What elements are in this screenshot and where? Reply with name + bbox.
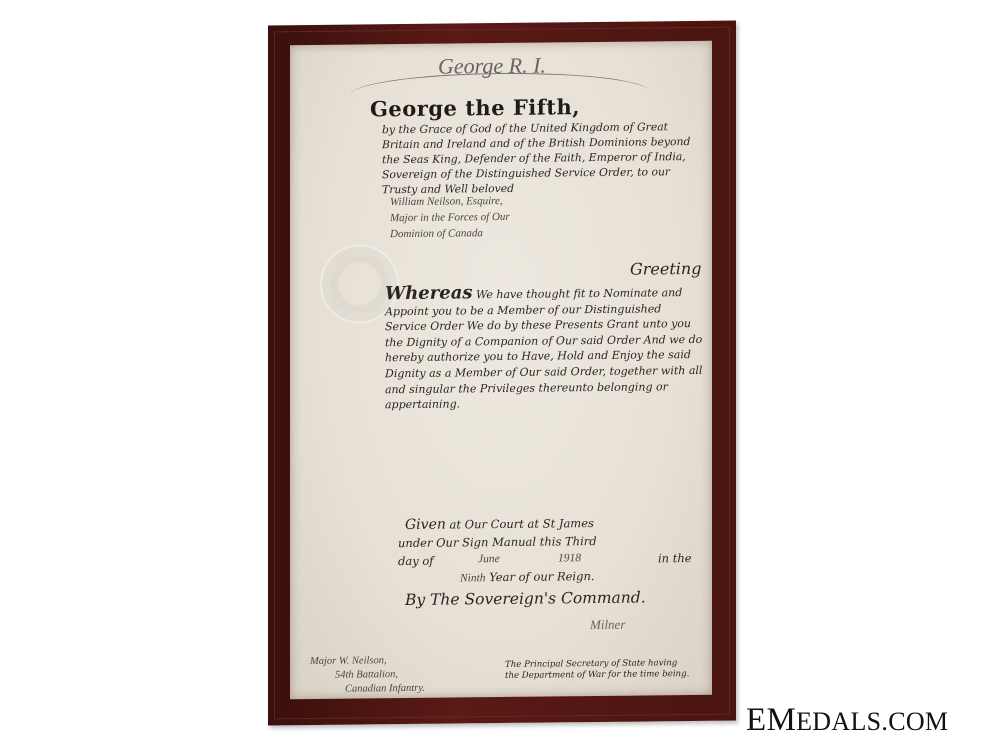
annotation-block: Major W. Neilson, 54th Battalion, Canadi… [310, 653, 500, 697]
recipient-block: William Neilson, Esquire, Major in the F… [390, 191, 690, 242]
greeting: Greeting [630, 259, 701, 279]
reign-line: Ninth Year of our Reign. [460, 569, 595, 584]
given-text: at Our Court at St James [450, 516, 594, 532]
date-line: day of June 1918 in the [398, 551, 708, 554]
whereas-paragraph: Whereas We have thought fit to Nominate … [385, 283, 705, 413]
given-line: Given at Our Court at St James [405, 515, 594, 533]
reign-text: Year of our Reign. [489, 569, 594, 584]
watermark-rest: EDALS [796, 707, 881, 736]
whereas-word: Whereas [385, 282, 473, 304]
watermark-suffix: .COM [881, 707, 948, 736]
in-the: in the [658, 551, 692, 565]
day-label: day of [398, 554, 434, 568]
given-word: Given [405, 517, 446, 533]
document-title: George the Fifth, [370, 94, 580, 121]
warrant-document: George R. I. George the Fifth, by the Gr… [290, 41, 712, 699]
under-line: under Our Sign Manual this Third [398, 534, 597, 550]
annotation-line: Major W. Neilson, [310, 655, 387, 667]
command-line: By The Sovereign's Command. [405, 588, 646, 609]
whereas-text: We have thought fit to Nominate and Appo… [385, 286, 702, 411]
annotation-line: Canadian Infantry. [310, 681, 500, 697]
regnal-year: Ninth [460, 572, 486, 584]
watermark-prefix: EM [746, 702, 796, 738]
picture-frame: George R. I. George the Fifth, by the Gr… [268, 21, 736, 726]
year: 1918 [558, 552, 581, 564]
recipient-line: Dominion of Canada [390, 223, 690, 242]
watermark-logo: EMEDALS.COM [746, 702, 948, 739]
secretary-text: The Principal Secretary of State having … [505, 658, 690, 682]
preamble-text: by the Grace of God of the United Kingdo… [382, 119, 702, 197]
countersignature: Milner [590, 617, 625, 633]
month: June [478, 553, 500, 565]
title-line: George the Fifth, [370, 93, 710, 122]
